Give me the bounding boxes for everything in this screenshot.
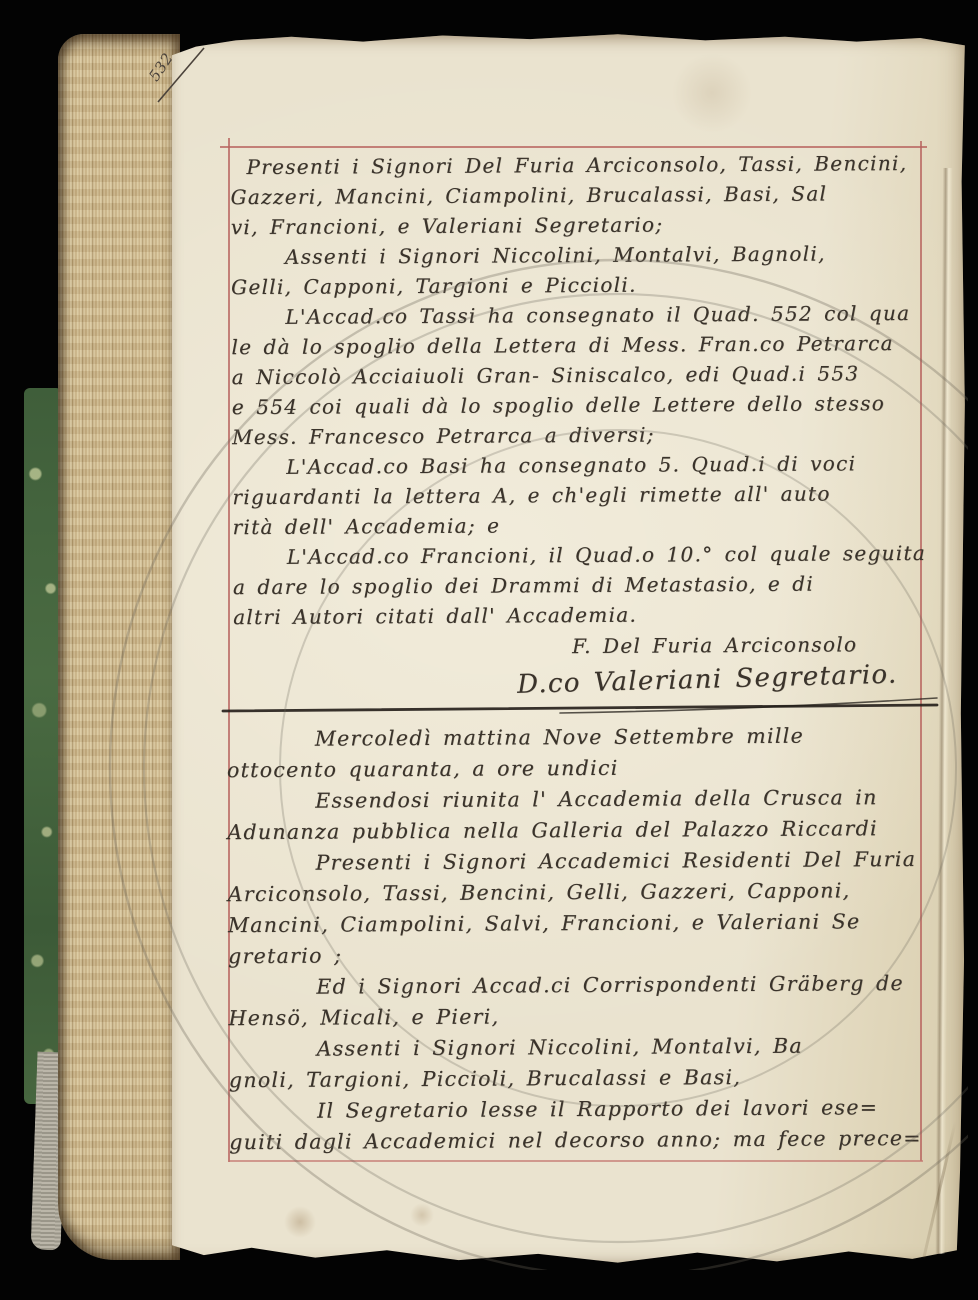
manuscript-line: Hensö, Micali, e Pieri, — [228, 999, 940, 1034]
manuscript-line: Adunanza pubblica nella Galleria del Pal… — [227, 813, 939, 848]
manuscript-line: vi, Francioni, e Valeriani Segretario; — [231, 208, 935, 242]
manuscript-line: Presenti i Signori Accademici Residenti … — [227, 844, 939, 879]
manuscript-line: gnoli, Targioni, Piccioli, Brucalassi e … — [229, 1061, 941, 1096]
manuscript-line: rità dell' Accademia; e — [233, 508, 937, 542]
manuscript-line: L'Accad.co Basi ha consegnato 5. Quad.i … — [232, 448, 936, 482]
manuscript-line: guiti dagli Accademici nel decorso anno;… — [229, 1123, 941, 1158]
manuscript-line: riguardanti la lettera A, e ch'egli rime… — [232, 478, 936, 512]
manuscript-line: e 554 coi quali dà lo spoglio delle Lett… — [232, 388, 936, 422]
minutes-entry-2: Mercoledì mattina Nove Settembre mille o… — [227, 720, 942, 1158]
minutes-entry-1: Presenti i Signori Del Furia Arciconsolo… — [230, 148, 937, 706]
manuscript-scan: { "folio": { "number": "532" }, "palette… — [0, 0, 978, 1300]
manuscript-line: altri Autori citati dall' Accademia. — [233, 598, 937, 632]
manuscript-line: Ed i Signori Accad.ci Corrispondenti Grä… — [228, 968, 940, 1003]
manuscript-line: Il Segretario lesse il Rapporto dei lavo… — [229, 1092, 941, 1127]
manuscript-line: L'Accad.co Francioni, il Quad.o 10.° col… — [233, 538, 937, 572]
manuscript-line: le dà lo spoglio della Lettera di Mess. … — [231, 328, 935, 362]
manuscript-line: a Niccolò Acciaiuoli Gran- Siniscalco, e… — [232, 358, 936, 392]
red-margin-line-top — [220, 146, 927, 148]
manuscript-line: Arciconsolo, Tassi, Bencini, Gelli, Gazz… — [228, 875, 940, 910]
manuscript-line: Gelli, Capponi, Targioni e Piccioli. — [231, 268, 935, 302]
book-fore-edge-page-stack — [58, 34, 180, 1260]
manuscript-line: Mercoledì mattina Nove Settembre mille — [227, 720, 939, 755]
manuscript-line: ottocento quaranta, a ore undici — [227, 751, 939, 786]
manuscript-line: a dare lo spoglio dei Drammi di Metastas… — [233, 568, 937, 602]
folio-slash-mark — [140, 38, 230, 128]
manuscript-line: Mancini, Ciampolini, Salvi, Francioni, e… — [228, 906, 940, 941]
manuscript-line: Assenti i Signori Niccolini, Montalvi, B… — [229, 1030, 941, 1065]
manuscript-line: Mess. Francesco Petrarca a diversi; — [232, 418, 936, 452]
manuscript-line: Gazzeri, Mancini, Ciampolini, Brucalassi… — [230, 178, 934, 212]
manuscript-line: Essendosi riunita l' Accademia della Cru… — [227, 782, 939, 817]
red-margin-line-bottom — [229, 1160, 923, 1162]
manuscript-line: Presenti i Signori Del Furia Arciconsolo… — [230, 148, 934, 182]
manuscript-line: gretario ; — [228, 937, 940, 972]
manuscript-line: Assenti i Signori Niccolini, Montalvi, B… — [231, 238, 935, 272]
manuscript-line: L'Accad.co Tassi ha consegnato il Quad. … — [231, 298, 935, 332]
book-cover-green-marbled — [24, 388, 62, 1104]
